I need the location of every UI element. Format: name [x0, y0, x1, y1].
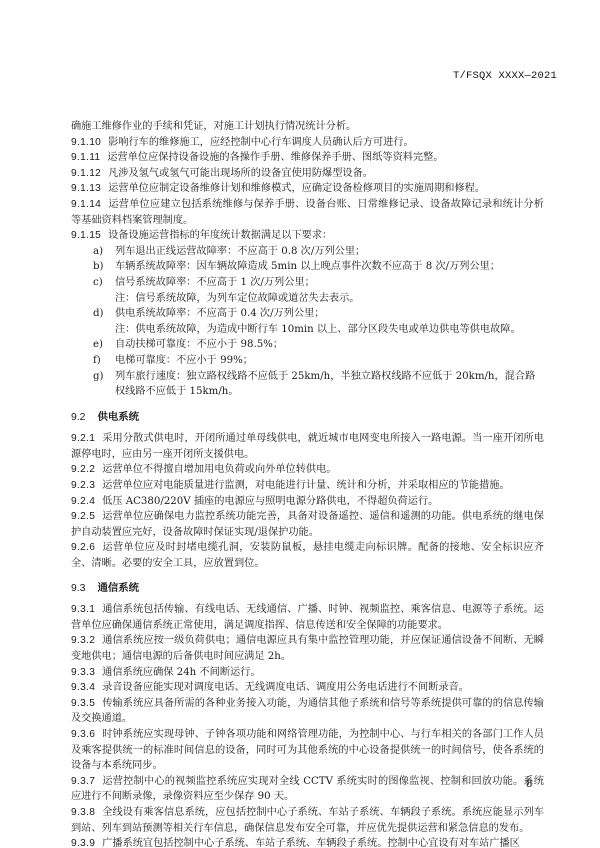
list-item-text: 供电系统故障率：不应高于 0.4 次/万列公里； — [115, 308, 324, 319]
clause-text: 传输系统应具备所需的各种业务接入功能，为通信其他子系统和信号等系统提供可靠的的信… — [71, 698, 544, 725]
list-item-b: b)车辆系统故障率：因车辆故障造成 5min 以上晚点事件次数不应高于 8 次/… — [71, 259, 544, 275]
clause-9-1-13: 9.1.13运营单位应制定设备维修计划和维修模式，应确定设备检修项目的实施周期和… — [71, 181, 544, 197]
list-item-text: 信号系统故障率：不应高于 1 次/万列公里； — [115, 277, 315, 288]
clause-number: 9.3.8 — [71, 807, 95, 818]
clause-9-3-8: 9.3.8全线设有乘客信息系统，应包括控制中心子系统、车站子系统、车辆段子系统。… — [71, 805, 544, 836]
clause-9-3-3: 9.3.3通信系统应确保 24h 不间断运行。 — [71, 665, 544, 681]
clause-number: 9.2.1 — [71, 433, 95, 444]
clause-text: 运营单位不得擅自增加用电负荷或向外单位转供电。 — [102, 464, 336, 475]
clause-number: 9.2.5 — [71, 511, 95, 522]
clause-text: 广播系统宜包括控制中心子系统、车站子系统、车辆段子系统。控制中心宜设有对车站广播… — [102, 838, 520, 848]
clause-text: 时钟系统应实现母钟、子钟各项功能和网络管理功能，为控制中心、与行车相关的各部门工… — [71, 729, 544, 771]
list-item-text: 车辆系统故障率：因车辆故障造成 5min 以上晚点事件次数不应高于 8 次/万列… — [115, 261, 500, 272]
clause-text: 通信系统应确保 24h 不间断运行。 — [102, 667, 260, 678]
clause-number: 9.1.15 — [71, 230, 101, 241]
clause-9-1-15: 9.1.15设备设施运营指标的年度统计数据满足以下要求： — [71, 228, 544, 244]
list-item-f: f)电梯可靠度：不应小于 99%； — [71, 353, 544, 369]
page-number: 8 — [526, 779, 532, 790]
list-marker: e) — [93, 337, 103, 353]
clause-text: 低压 AC380/220V 插座的电源应与照明电源分路供电，不得超负荷运行。 — [102, 496, 438, 507]
list-item-text: 列车旅行速度：独立路权线路不应低于 25km/h，半独立路权线路不应低于 20k… — [115, 371, 535, 398]
section-heading-9-2: 9.2供电系统 — [71, 410, 544, 426]
list-marker: g) — [93, 369, 104, 385]
list-item-text: 自动扶梯可靠度：不应小于 98.5%； — [115, 339, 283, 350]
clause-text: 全线设有乘客信息系统，应包括控制中心子系统、车站子系统、车辆段子系统。系统应能显… — [71, 807, 544, 834]
list-item-c: c)信号系统故障率：不应高于 1 次/万列公里； — [71, 275, 544, 291]
clause-number: 9.3.9 — [71, 838, 95, 848]
list-item-text: 列车退出正线运营故障率：不应高于 0.8 次/万列公里； — [115, 246, 365, 257]
clause-number: 9.3.5 — [71, 698, 95, 709]
clause-number: 9.3.3 — [71, 667, 95, 678]
paragraph-continuation: 确施工维修作业的手续和凭证，对施工计划执行情况统计分析。 — [71, 119, 544, 135]
clause-number: 9.1.13 — [71, 183, 101, 194]
document-code-header: T/FSQX XXXX—2021 — [453, 70, 557, 82]
clause-number: 9.2.4 — [71, 496, 95, 507]
clause-text: 运营单位应制定设备维修计划和维修模式，应确定设备检修项目的实施周期和修程。 — [108, 183, 485, 194]
section-title: 通信系统 — [97, 582, 139, 594]
clause-9-1-11: 9.1.11运营单位应保持设备设施的各操作手册、维修保养手册、图纸等资料完整。 — [71, 150, 544, 166]
note-signal-failure: 注：信号系统故障，为列车定位故障或道岔失去表示。 — [71, 291, 544, 307]
clause-9-1-12: 9.1.12凡涉及氢气或氢气可能出现场所的设备宜使用防爆型设备。 — [71, 166, 544, 182]
clause-9-2-2: 9.2.2运营单位不得擅自增加用电负荷或向外单位转供电。 — [71, 462, 544, 478]
clause-number: 9.2.2 — [71, 464, 95, 475]
list-item-e: e)自动扶梯可靠度：不应小于 98.5%； — [71, 337, 544, 353]
clause-9-2-3: 9.2.3运营单位应对电能质量进行监测，对电能进行计量、统计和分析，并采取相应的… — [71, 478, 544, 494]
clause-text: 运营单位应及时封堵电缆孔洞，安装防鼠板，悬挂电缆走向标识牌。配备的接地、安全标识… — [71, 542, 544, 569]
clause-text: 运营控制中心的视频监控系统应实现对全线 CCTV 系统实时的图像监视、控制和回放… — [71, 776, 544, 803]
clause-text: 运营单位应建立包括系统维修与保养手册、设备台账、日常维修记录、设备故障记录和统计… — [71, 199, 544, 226]
clause-9-2-1: 9.2.1采用分散式供电时，开闭所通过单母线供电，就近城市电网变电所接入一路电源… — [71, 431, 544, 462]
clause-number: 9.3.1 — [71, 604, 95, 615]
list-marker: d) — [93, 306, 104, 322]
clause-9-2-6: 9.2.6运营单位应及时封堵电缆孔洞，安装防鼠板，悬挂电缆走向标识牌。配备的接地… — [71, 540, 544, 571]
clause-9-3-9: 9.3.9广播系统宜包括控制中心子系统、车站子系统、车辆段子系统。控制中心宜设有… — [71, 836, 544, 848]
clause-text: 通信系统应按一级负荷供电；通信电源应具有集中监控管理功能，并应保证通信设备不间断… — [71, 635, 544, 662]
clause-text: 采用分散式供电时，开闭所通过单母线供电，就近城市电网变电所接入一路电源。当一座开… — [71, 433, 544, 460]
note-power-failure: 注：供电系统故障，为造成中断行车 10min 以上、部分区段失电或单边供电等供电… — [71, 322, 544, 338]
clause-number: 9.1.14 — [71, 199, 101, 210]
list-marker: a) — [93, 244, 103, 260]
clause-text: 凡涉及氢气或氢气可能出现场所的设备宜使用防爆型设备。 — [108, 168, 373, 179]
section-heading-9-3: 9.3通信系统 — [71, 581, 544, 597]
clause-9-3-6: 9.3.6时钟系统应实现母钟、子钟各项功能和网络管理功能，为控制中心、与行车相关… — [71, 727, 544, 774]
clause-9-3-5: 9.3.5传输系统应具备所需的各种业务接入功能，为通信其他子系统和信号等系统提供… — [71, 696, 544, 727]
clause-text: 通信系统包括传输、有线电话、无线通信、广播、时钟、视频监控、乘客信息、电源等子系… — [71, 604, 544, 631]
list-marker: c) — [93, 275, 103, 291]
clause-number: 9.1.12 — [71, 168, 101, 179]
clause-number: 9.2.6 — [71, 542, 95, 553]
clause-text: 运营单位应确保电力监控系统功能完善，具备对设备遥控、遥信和遥测的功能。供电系统的… — [71, 511, 544, 538]
list-item-d: d)供电系统故障率：不应高于 0.4 次/万列公里； — [71, 306, 544, 322]
clause-text: 运营单位应对电能质量进行监测，对电能进行计量、统计和分析，并采取相应的节能措施。 — [102, 480, 510, 491]
clause-9-1-10: 9.1.10影响行车的维修施工，应经控制中心行车调度人员确认后方可进行。 — [71, 135, 544, 151]
clause-number: 9.3.6 — [71, 729, 95, 740]
clause-9-2-5: 9.2.5运营单位应确保电力监控系统功能完善，具备对设备遥控、遥信和遥测的功能。… — [71, 509, 544, 540]
clause-number: 9.3.4 — [71, 682, 95, 693]
clause-text: 设备设施运营指标的年度统计数据满足以下要求： — [108, 230, 332, 241]
clause-number: 9.2.3 — [71, 480, 95, 491]
clause-text: 影响行车的维修施工，应经控制中心行车调度人员确认后方可进行。 — [108, 137, 414, 148]
list-item-text: 电梯可靠度：不应小于 99%； — [115, 355, 253, 366]
clause-number: 9.3.7 — [71, 776, 95, 787]
section-number: 9.2 — [71, 412, 85, 423]
list-marker: f) — [93, 353, 101, 369]
clause-number: 9.1.11 — [71, 152, 100, 163]
section-number: 9.3 — [71, 583, 85, 594]
clause-number: 9.3.2 — [71, 635, 95, 646]
clause-9-3-1: 9.3.1通信系统包括传输、有线电话、无线通信、广播、时钟、视频监控、乘客信息、… — [71, 602, 544, 633]
clause-9-2-4: 9.2.4低压 AC380/220V 插座的电源应与照明电源分路供电，不得超负荷… — [71, 494, 544, 510]
clause-9-3-7: 9.3.7运营控制中心的视频监控系统应实现对全线 CCTV 系统实时的图像监视、… — [71, 774, 544, 805]
clause-text: 运营单位应保持设备设施的各操作手册、维修保养手册、图纸等资料完整。 — [107, 152, 443, 163]
section-title: 供电系统 — [97, 411, 139, 423]
clause-9-3-4: 9.3.4录音设备应能实现对调度电话、无线调度电话、调度用公务电话进行不间断录音… — [71, 680, 544, 696]
document-body: 确施工维修作业的手续和凭证，对施工计划执行情况统计分析。 9.1.10影响行车的… — [71, 119, 544, 848]
list-marker: b) — [93, 259, 104, 275]
list-item-g: g)列车旅行速度：独立路权线路不应低于 25km/h，半独立路权线路不应低于 2… — [71, 369, 544, 400]
list-item-a: a)列车退出正线运营故障率：不应高于 0.8 次/万列公里； — [71, 244, 544, 260]
clause-number: 9.1.10 — [71, 137, 101, 148]
clause-9-1-14: 9.1.14运营单位应建立包括系统维修与保养手册、设备台账、日常维修记录、设备故… — [71, 197, 544, 228]
clause-9-3-2: 9.3.2通信系统应按一级负荷供电；通信电源应具有集中监控管理功能，并应保证通信… — [71, 633, 544, 664]
clause-text: 录音设备应能实现对调度电话、无线调度电话、调度用公务电话进行不间断录音。 — [102, 682, 469, 693]
